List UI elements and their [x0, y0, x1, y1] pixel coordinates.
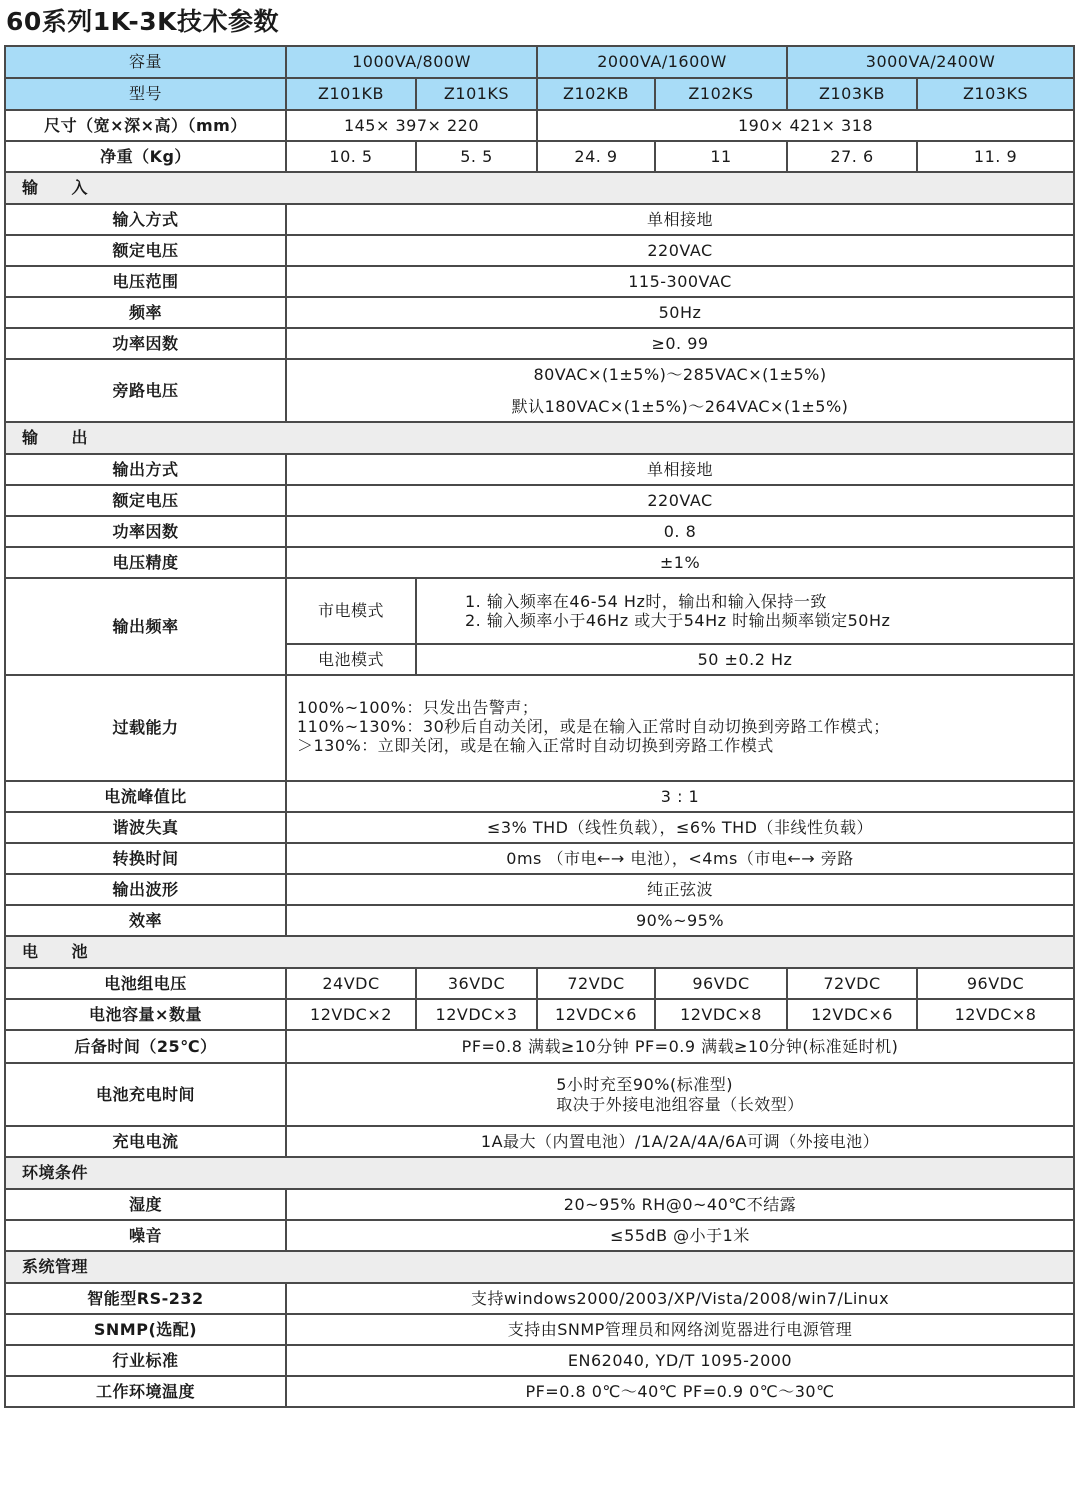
- row-value: 115-300VAC: [286, 266, 1074, 297]
- section-management: 系统管理: [5, 1251, 1074, 1283]
- row-value: 支持windows2000/2003/XP/Vista/2008/win7/Li…: [286, 1283, 1074, 1314]
- row-label: 转换时间: [5, 843, 286, 874]
- spec-table: 容量 1000VA/800W 2000VA/1600W 3000VA/2400W…: [4, 45, 1075, 1408]
- row-label: 电池组电压: [5, 968, 286, 999]
- row-value: PF=0.8 0℃～40℃ PF=0.9 0℃～30℃: [286, 1376, 1074, 1407]
- table-row: 功率因数 ≥0. 99: [5, 328, 1074, 359]
- bypass-label: 旁路电压: [5, 359, 286, 422]
- count-cell: 12VDC×6: [787, 999, 917, 1030]
- charge-time-line-1: 5小时充至90%(标准型): [556, 1075, 804, 1094]
- overload-row: 过载能力 100%~100%：只发出告警声； 110%~130%：30秒后自动关…: [5, 675, 1074, 781]
- row-value: 90%~95%: [286, 905, 1074, 936]
- weight-cell: 27. 6: [787, 141, 917, 172]
- table-row: 电压精度 ±1%: [5, 547, 1074, 578]
- count-cell: 12VDC×6: [537, 999, 655, 1030]
- section-input: 输 入: [5, 172, 1074, 204]
- weight-cell: 11: [655, 141, 787, 172]
- table-row: 噪音 ≤55dB @小于1米: [5, 1220, 1074, 1251]
- row-label: 功率因数: [5, 328, 286, 359]
- section-title: 输 入: [5, 172, 1074, 204]
- capacity-2k: 2000VA/1600W: [537, 46, 787, 78]
- voltage-cell: 96VDC: [917, 968, 1074, 999]
- count-cell: 12VDC×8: [655, 999, 787, 1030]
- battery-count-row: 电池容量×数量 12VDC×2 12VDC×3 12VDC×6 12VDC×8 …: [5, 999, 1074, 1030]
- row-value: 5小时充至90%(标准型) 取决于外接电池组容量（长效型）: [286, 1063, 1074, 1126]
- row-label: 效率: [5, 905, 286, 936]
- battery-mode-label: 电池模式: [286, 644, 416, 675]
- row-label: 电压精度: [5, 547, 286, 578]
- table-row: 功率因数 0. 8: [5, 516, 1074, 547]
- section-battery: 电 池: [5, 936, 1074, 968]
- count-cell: 12VDC×3: [416, 999, 537, 1030]
- bypass-line-1: 80VAC×(1±5%)～285VAC×(1±5%): [287, 365, 1073, 384]
- row-label: 额定电压: [5, 485, 286, 516]
- capacity-1k: 1000VA/800W: [286, 46, 537, 78]
- section-output: 输 出: [5, 422, 1074, 454]
- section-title: 输 出: [5, 422, 1074, 454]
- count-cell: 12VDC×2: [286, 999, 416, 1030]
- table-row: 频率 50Hz: [5, 297, 1074, 328]
- size-row: 尺寸（宽×深×高）（mm） 145× 397× 220 190× 421× 31…: [5, 110, 1074, 141]
- mains-line-2: 2. 输入频率小于46Hz 或大于54Hz 时输出频率锁定50Hz: [465, 611, 1073, 630]
- row-label: 行业标准: [5, 1345, 286, 1376]
- model-cell: Z103KB: [787, 78, 917, 110]
- weight-cell: 10. 5: [286, 141, 416, 172]
- row-label: 输出波形: [5, 874, 286, 905]
- weight-cell: 5. 5: [416, 141, 537, 172]
- voltage-cell: 36VDC: [416, 968, 537, 999]
- table-row: 工作环境温度 PF=0.8 0℃～40℃ PF=0.9 0℃～30℃: [5, 1376, 1074, 1407]
- section-environment: 环境条件: [5, 1157, 1074, 1189]
- backup-time-row: 后备时间（25℃） PF=0.8 满载≥10分钟 PF=0.9 满载≥10分钟(…: [5, 1030, 1074, 1063]
- voltage-cell: 24VDC: [286, 968, 416, 999]
- voltage-cell: 96VDC: [655, 968, 787, 999]
- table-row: 电压范围 115-300VAC: [5, 266, 1074, 297]
- table-row: 效率 90%~95%: [5, 905, 1074, 936]
- row-label: 输出方式: [5, 454, 286, 485]
- row-label: 谐波失真: [5, 812, 286, 843]
- table-row: 输入方式 单相接地: [5, 204, 1074, 235]
- row-label: 频率: [5, 297, 286, 328]
- overload-line-2: 110%~130%：30秒后自动关闭，或是在输入正常时自动切换到旁路工作模式；: [297, 717, 1073, 736]
- section-title: 系统管理: [5, 1251, 1074, 1283]
- table-row: 输出波形 纯正弦波: [5, 874, 1074, 905]
- mains-line-1: 1. 输入频率在46-54 Hz时，输出和输入保持一致: [465, 592, 1073, 611]
- row-label: 额定电压: [5, 235, 286, 266]
- battery-mode-value: 50 ±0.2 Hz: [416, 644, 1074, 675]
- capacity-row: 容量 1000VA/800W 2000VA/1600W 3000VA/2400W: [5, 46, 1074, 78]
- voltage-cell: 72VDC: [537, 968, 655, 999]
- output-frequency-label: 输出频率: [5, 578, 286, 675]
- section-title: 电 池: [5, 936, 1074, 968]
- row-label: 电流峰值比: [5, 781, 286, 812]
- row-label: 噪音: [5, 1220, 286, 1251]
- battery-voltage-row: 电池组电压 24VDC 36VDC 72VDC 96VDC 72VDC 96VD…: [5, 968, 1074, 999]
- row-label: 电压范围: [5, 266, 286, 297]
- charge-time-line-2: 取决于外接电池组容量（长效型）: [556, 1095, 804, 1114]
- model-cell: Z101KB: [286, 78, 416, 110]
- row-value: 220VAC: [286, 485, 1074, 516]
- count-cell: 12VDC×8: [917, 999, 1074, 1030]
- bypass-row: 旁路电压 80VAC×(1±5%)～285VAC×(1±5%) 默认180VAC…: [5, 359, 1074, 422]
- row-value: ≥0. 99: [286, 328, 1074, 359]
- page-title: 60系列1K-3K技术参数: [6, 2, 279, 38]
- weight-cell: 11. 9: [917, 141, 1074, 172]
- row-value: ±1%: [286, 547, 1074, 578]
- row-value: 220VAC: [286, 235, 1074, 266]
- mains-mode-value: 1. 输入频率在46-54 Hz时，输出和输入保持一致 2. 输入频率小于46H…: [416, 578, 1074, 644]
- voltage-cell: 72VDC: [787, 968, 917, 999]
- row-value: 1A最大（内置电池）/1A/2A/4A/6A可调（外接电池）: [286, 1126, 1074, 1157]
- row-value: 3 : 1: [286, 781, 1074, 812]
- charge-time-row: 电池充电时间 5小时充至90%(标准型) 取决于外接电池组容量（长效型）: [5, 1063, 1074, 1126]
- row-value: 20~95% RH@0~40℃不结露: [286, 1189, 1074, 1220]
- row-value: ≤55dB @小于1米: [286, 1220, 1074, 1251]
- row-value: EN62040, YD/T 1095-2000: [286, 1345, 1074, 1376]
- row-label: 电池充电时间: [5, 1063, 286, 1126]
- table-row: 行业标准 EN62040, YD/T 1095-2000: [5, 1345, 1074, 1376]
- row-label: 输入方式: [5, 204, 286, 235]
- table-row: 输出方式 单相接地: [5, 454, 1074, 485]
- size-label: 尺寸（宽×深×高）（mm）: [5, 110, 286, 141]
- row-value: ≤3% THD（线性负载），≤6% THD（非线性负载）: [286, 812, 1074, 843]
- model-row: 型号 Z101KB Z101KS Z102KB Z102KS Z103KB Z1…: [5, 78, 1074, 110]
- model-cell: Z102KB: [537, 78, 655, 110]
- model-cell: Z101KS: [416, 78, 537, 110]
- bypass-line-2: 默认180VAC×(1±5%)～264VAC×(1±5%): [287, 397, 1073, 416]
- model-cell: Z102KS: [655, 78, 787, 110]
- row-value: 0. 8: [286, 516, 1074, 547]
- row-label: 电池容量×数量: [5, 999, 286, 1030]
- table-row: 谐波失真 ≤3% THD（线性负载），≤6% THD（非线性负载）: [5, 812, 1074, 843]
- model-label: 型号: [5, 78, 286, 110]
- row-value: 50Hz: [286, 297, 1074, 328]
- row-label: 后备时间（25℃）: [5, 1030, 286, 1063]
- charge-current-row: 充电电流 1A最大（内置电池）/1A/2A/4A/6A可调（外接电池）: [5, 1126, 1074, 1157]
- mains-mode-label: 市电模式: [286, 578, 416, 644]
- bypass-value: 80VAC×(1±5%)～285VAC×(1±5%) 默认180VAC×(1±5…: [286, 359, 1074, 422]
- row-label: 湿度: [5, 1189, 286, 1220]
- table-row: 额定电压 220VAC: [5, 485, 1074, 516]
- size-1k: 145× 397× 220: [286, 110, 537, 141]
- capacity-3k: 3000VA/2400W: [787, 46, 1074, 78]
- table-row: 额定电压 220VAC: [5, 235, 1074, 266]
- section-title: 环境条件: [5, 1157, 1074, 1189]
- row-value: 纯正弦波: [286, 874, 1074, 905]
- weight-cell: 24. 9: [537, 141, 655, 172]
- overload-line-1: 100%~100%：只发出告警声；: [297, 698, 1073, 717]
- row-value: 支持由SNMP管理员和网络浏览器进行电源管理: [286, 1314, 1074, 1345]
- overload-value: 100%~100%：只发出告警声； 110%~130%：30秒后自动关闭，或是在…: [286, 675, 1074, 781]
- row-label: 智能型RS-232: [5, 1283, 286, 1314]
- row-value: PF=0.8 满载≥10分钟 PF=0.9 满载≥10分钟(标准延时机): [286, 1030, 1074, 1063]
- weight-label: 净重（Kg）: [5, 141, 286, 172]
- output-frequency-row: 输出频率 市电模式 1. 输入频率在46-54 Hz时，输出和输入保持一致 2.…: [5, 578, 1074, 644]
- overload-label: 过载能力: [5, 675, 286, 781]
- size-2k-3k: 190× 421× 318: [537, 110, 1074, 141]
- weight-row: 净重（Kg） 10. 5 5. 5 24. 9 11 27. 6 11. 9: [5, 141, 1074, 172]
- row-label: 充电电流: [5, 1126, 286, 1157]
- row-value: 0ms （市电←→ 电池），<4ms（市电←→ 旁路: [286, 843, 1074, 874]
- table-row: 电流峰值比 3 : 1: [5, 781, 1074, 812]
- row-label: SNMP(选配): [5, 1314, 286, 1345]
- table-row: SNMP(选配) 支持由SNMP管理员和网络浏览器进行电源管理: [5, 1314, 1074, 1345]
- table-row: 转换时间 0ms （市电←→ 电池），<4ms（市电←→ 旁路: [5, 843, 1074, 874]
- model-cell: Z103KS: [917, 78, 1074, 110]
- table-row: 湿度 20~95% RH@0~40℃不结露: [5, 1189, 1074, 1220]
- row-value: 单相接地: [286, 204, 1074, 235]
- overload-line-3: ＞130%：立即关闭，或是在输入正常时自动切换到旁路工作模式: [297, 736, 1073, 755]
- row-label: 工作环境温度: [5, 1376, 286, 1407]
- row-value: 单相接地: [286, 454, 1074, 485]
- capacity-label: 容量: [5, 46, 286, 78]
- table-row: 智能型RS-232 支持windows2000/2003/XP/Vista/20…: [5, 1283, 1074, 1314]
- row-label: 功率因数: [5, 516, 286, 547]
